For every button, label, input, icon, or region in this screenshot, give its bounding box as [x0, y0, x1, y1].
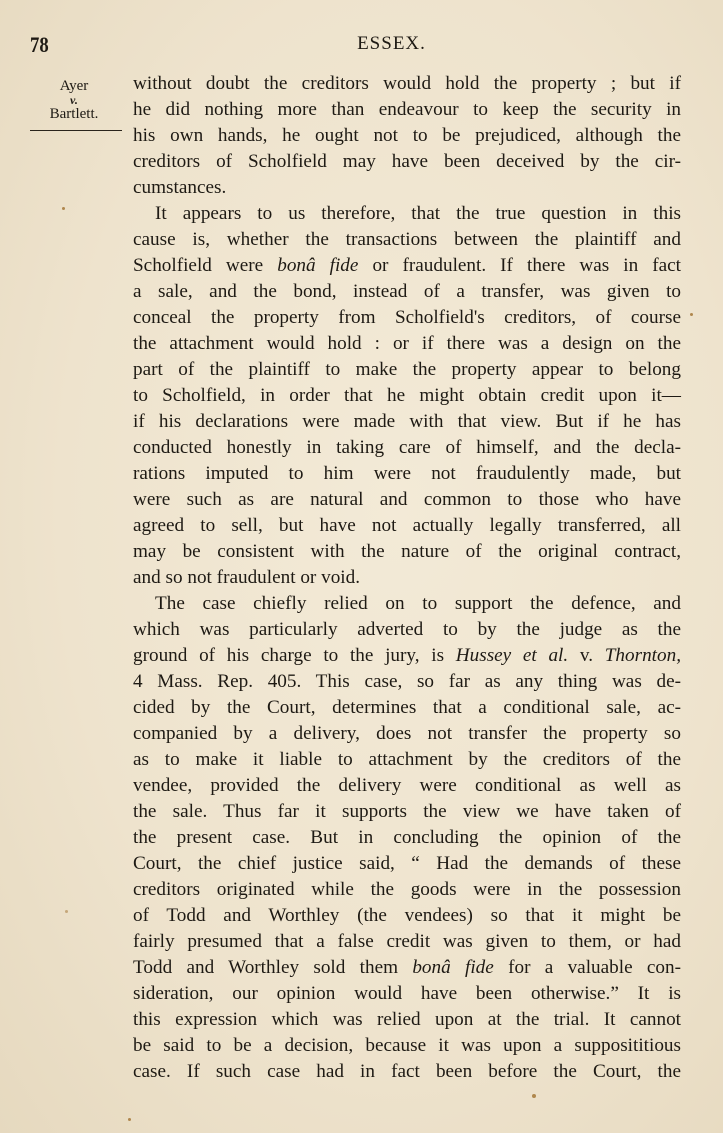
text-line: the present case. But in concluding the …: [133, 825, 681, 851]
text-line: his own hands, he ought not to be prejud…: [133, 123, 681, 149]
book-page: 78 ESSEX. Ayer v. Bartlett. without doub…: [0, 0, 723, 1133]
text-line: conceal the property from Scholfield's c…: [133, 305, 681, 331]
text-line: to Scholfield, in order that he might ob…: [133, 383, 681, 409]
paper-blemish: [690, 313, 693, 316]
text-line: cided by the Court, determines that a co…: [133, 695, 681, 721]
text-line: vendee, provided the delivery were condi…: [133, 773, 681, 799]
text-line: and so not fraudulent or void.: [133, 565, 681, 591]
text-line: part of the plaintiff to make the proper…: [133, 357, 681, 383]
text-line: a sale, and the bond, instead of a trans…: [133, 279, 681, 305]
body-text: without doubt the creditors would hold t…: [133, 71, 681, 1085]
text-line: companied by a delivery, does not transf…: [133, 721, 681, 747]
text-line: creditors originated while the goods wer…: [133, 877, 681, 903]
text-line: this expression which was relied upon at…: [133, 1007, 681, 1033]
text-line: 4 Mass. Rep. 405. This case, so far as a…: [133, 669, 681, 695]
text-line: agreed to sell, but have not actually le…: [133, 513, 681, 539]
text-line: creditors of Scholfield may have been de…: [133, 149, 681, 175]
text-line: Court, the chief justice said, “ Had the…: [133, 851, 681, 877]
text-line: Scholfield were bonâ fide or fraudulent.…: [133, 253, 681, 279]
text-line: case. If such case had in fact been befo…: [133, 1059, 681, 1085]
text-line: ground of his charge to the jury, is Hus…: [133, 643, 681, 669]
text-line: be said to be a decision, because it was…: [133, 1033, 681, 1059]
text-line: may be consistent with the nature of the…: [133, 539, 681, 565]
text-line: conducted honestly in taking care of him…: [133, 435, 681, 461]
text-line: as to make it liable to attachment by th…: [133, 747, 681, 773]
text-line: which was particularly adverted to by th…: [133, 617, 681, 643]
text-line: he did nothing more than endeavour to ke…: [133, 97, 681, 123]
margin-divider: [30, 130, 122, 131]
defendant-name: Bartlett.: [28, 106, 120, 123]
text-line: the attachment would hold : or if there …: [133, 331, 681, 357]
text-line: were such as are natural and common to t…: [133, 487, 681, 513]
running-head: ESSEX.: [0, 33, 723, 55]
versus-label: v.: [28, 95, 120, 106]
text-line: without doubt the creditors would hold t…: [133, 71, 681, 97]
text-line: rations imputed to him were not fraudule…: [133, 461, 681, 487]
text-line: It appears to us therefore, that the tru…: [133, 201, 681, 227]
text-line: of Todd and Worthley (the vendees) so th…: [133, 903, 681, 929]
text-line: if his declarations were made with that …: [133, 409, 681, 435]
text-line: fairly presumed that a false credit was …: [133, 929, 681, 955]
text-line: Todd and Worthley sold them bonâ fide fo…: [133, 955, 681, 981]
paper-blemish: [532, 1094, 536, 1098]
text-line: the sale. Thus far it supports the view …: [133, 799, 681, 825]
paper-blemish: [65, 910, 68, 913]
paper-blemish: [62, 207, 65, 210]
paper-blemish: [128, 1118, 131, 1121]
text-line: cumstances.: [133, 175, 681, 201]
text-line: cause is, whether the transactions betwe…: [133, 227, 681, 253]
text-line: sideration, our opinion would have been …: [133, 981, 681, 1007]
text-line: The case chiefly relied on to support th…: [133, 591, 681, 617]
case-name-margin-note: Ayer v. Bartlett.: [28, 78, 120, 123]
